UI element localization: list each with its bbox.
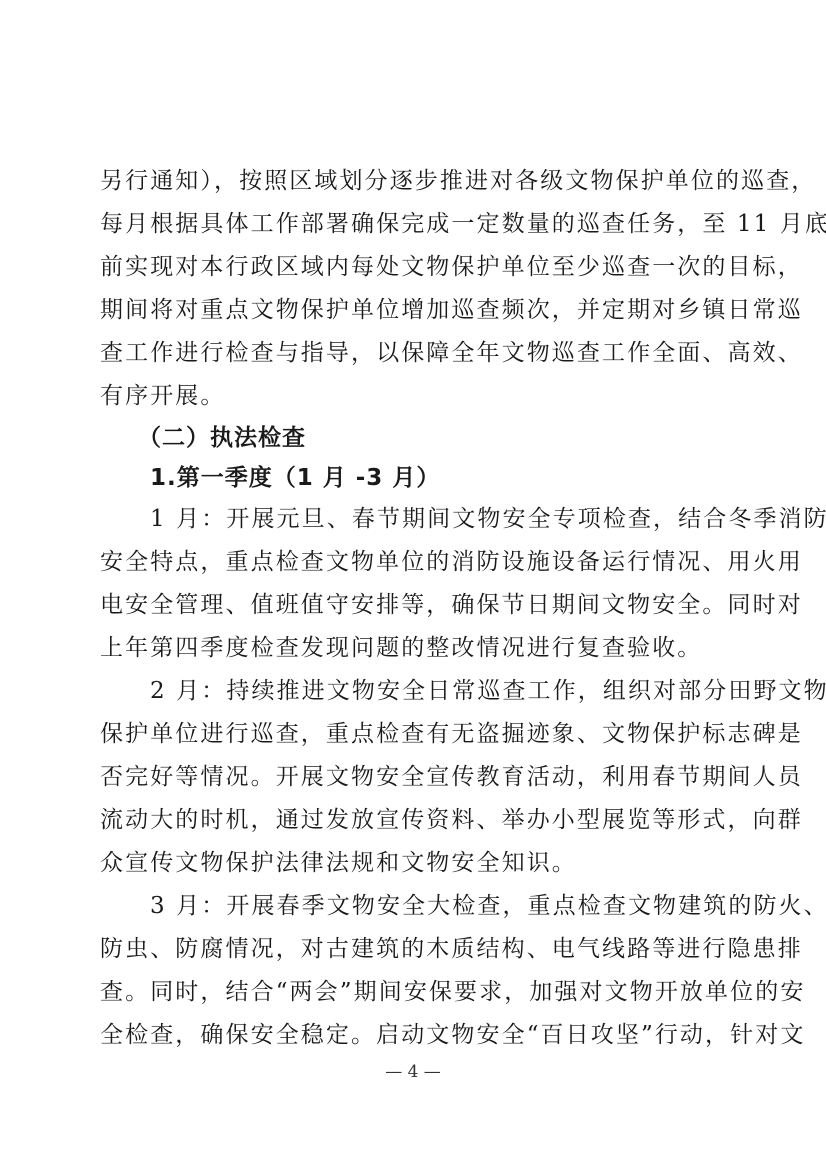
text-line: 流动大的时机，通过发放宣传资料、举办小型展览等形式，向群 bbox=[100, 799, 728, 842]
document-page: 另行通知），按照区域划分逐步推进对各级文物保护单位的巡查， 每月根据具体工作部署… bbox=[100, 160, 728, 1057]
subsection-heading: 1.第一季度（1 月 -3 月） bbox=[100, 458, 728, 498]
text-line: 2 月：持续推进文物安全日常巡查工作，组织对部分田野文物 bbox=[100, 670, 728, 713]
text-line: 期间将对重点文物保护单位增加巡查频次，并定期对乡镇日常巡 bbox=[100, 289, 728, 332]
text-line: 众宣传文物保护法律法规和文物安全知识。 bbox=[100, 842, 728, 885]
text-line: 3 月：开展春季文物安全大检查，重点检查文物建筑的防火、 bbox=[100, 885, 728, 928]
text-line: 保护单位进行巡查，重点检查有无盗掘迹象、文物保护标志碑是 bbox=[100, 713, 728, 756]
paragraph-january: 1 月：开展元旦、春节期间文物安全专项检查，结合冬季消防 安全特点，重点检查文物… bbox=[100, 498, 728, 670]
paragraph-patrol-plan: 另行通知），按照区域划分逐步推进对各级文物保护单位的巡查， 每月根据具体工作部署… bbox=[100, 160, 728, 418]
text-line: 1 月：开展元旦、春节期间文物安全专项检查，结合冬季消防 bbox=[100, 498, 728, 541]
text-line: 上年第四季度检查发现问题的整改情况进行复查验收。 bbox=[100, 627, 728, 670]
text-line: 否完好等情况。开展文物安全宣传教育活动，利用春节期间人员 bbox=[100, 756, 728, 799]
text-line: 前实现对本行政区域内每处文物保护单位至少巡查一次的目标， bbox=[100, 246, 728, 289]
text-line: 查工作进行检查与指导，以保障全年文物巡查工作全面、高效、 bbox=[100, 332, 728, 375]
paragraph-february: 2 月：持续推进文物安全日常巡查工作，组织对部分田野文物 保护单位进行巡查，重点… bbox=[100, 670, 728, 885]
paragraph-march: 3 月：开展春季文物安全大检查，重点检查文物建筑的防火、 防虫、防腐情况，对古建… bbox=[100, 885, 728, 1057]
page-number: — 4 — bbox=[0, 1062, 826, 1082]
text-line: 防虫、防腐情况，对古建筑的木质结构、电气线路等进行隐患排 bbox=[100, 928, 728, 971]
text-line: 每月根据具体工作部署确保完成一定数量的巡查任务，至 11 月底 bbox=[100, 203, 728, 246]
text-line: 全检查，确保安全稳定。启动文物安全“百日攻坚”行动，针对文 bbox=[100, 1014, 728, 1057]
text-line: 安全特点，重点检查文物单位的消防设施设备运行情况、用火用 bbox=[100, 541, 728, 584]
section-heading: （二）执法检查 bbox=[100, 418, 728, 458]
text-line: 电安全管理、值班值守安排等，确保节日期间文物安全。同时对 bbox=[100, 584, 728, 627]
text-line: 另行通知），按照区域划分逐步推进对各级文物保护单位的巡查， bbox=[100, 160, 728, 203]
text-line: 有序开展。 bbox=[100, 375, 728, 418]
text-line: 查。同时，结合“两会”期间安保要求，加强对文物开放单位的安 bbox=[100, 971, 728, 1014]
